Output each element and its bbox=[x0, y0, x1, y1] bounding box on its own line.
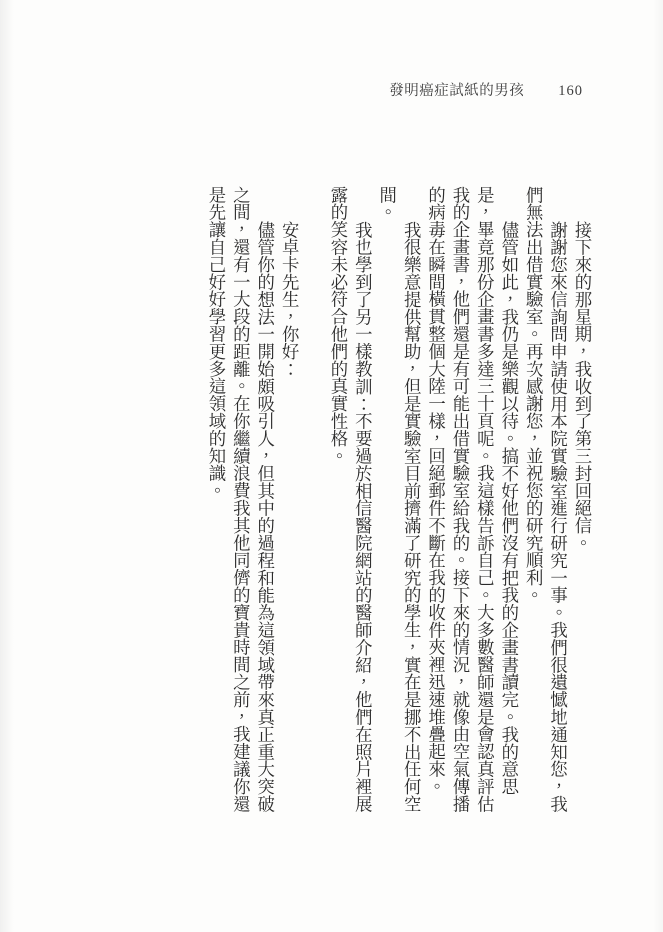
text-column: 我很樂意提供幫助，但是實驗室目前擠滿了研究的學生，實在是挪不出任何空 bbox=[399, 186, 423, 816]
text-column: 是，畢竟那份企畫書多達三十頁呢。我這樣告訴自己。大多數醫師還是會認真評估 bbox=[472, 186, 496, 816]
text-column: 儘管如此，我仍是樂觀以待。搞不好他們沒有把我的企畫書讀完。我的意思 bbox=[496, 186, 520, 816]
paragraph-quoted-letter: 我很樂意提供幫助，但是實驗室目前擠滿了研究的學生，實在是挪不出任何空間。 bbox=[374, 186, 423, 816]
text-column: 安卓卡先生，你好： bbox=[277, 186, 301, 816]
page-number: 160 bbox=[558, 83, 583, 100]
running-head: 發明癌症試紙的男孩 160 bbox=[389, 79, 583, 100]
text-column: 間。 bbox=[374, 186, 398, 816]
text-column: 我也學到了另一樣教訓：不要過於相信醫院網站的醫師介紹，他們在照片裡展 bbox=[350, 186, 374, 816]
text-column: 接下來的那星期，我收到了第三封回絕信。 bbox=[570, 186, 594, 816]
text-column: 儘管你的想法一開始頗吸引人，但其中的過程和能為這領域帶來真正重大突破 bbox=[252, 186, 276, 816]
text-column: 我的企畫書，他們還是有可能出借實驗室給我的。接下來的情況，就像由空氣傳播 bbox=[448, 186, 472, 816]
text-column: 是先讓自己好好學習更多這領域的知識。 bbox=[204, 186, 228, 816]
paragraph-narrative: 儘管如此，我仍是樂觀以待。搞不好他們沒有把我的企畫書讀完。我的意思是，畢竟那份企… bbox=[423, 186, 521, 816]
text-column: 露的笑容未必符合他們的真實性格。 bbox=[326, 186, 350, 816]
paragraph-narrative: 我也學到了另一樣教訓：不要過於相信醫院網站的醫師介紹，他們在照片裡展露的笑容未必… bbox=[326, 186, 375, 816]
paragraph-quoted-letter: 謝謝您來信詢問申請使用本院實驗室進行研究一事。我們很遺憾地通知您，我們無法出借實… bbox=[521, 186, 570, 816]
text-column: 們無法出借實驗室。再次感謝您，並祝您的研究順利。 bbox=[521, 186, 545, 816]
paragraph-quoted-letter: 儘管你的想法一開始頗吸引人，但其中的過程和能為這領域帶來真正重大突破之間，還有一… bbox=[204, 186, 277, 816]
paragraph-quoted-letter: 安卓卡先生，你好： bbox=[277, 186, 301, 816]
text-column: 的病毒在瞬間橫貫整個大陸一樣，回絕郵件不斷在我的收件夾裡迅速堆疊起來。 bbox=[423, 186, 447, 816]
book-page: 發明癌症試紙的男孩 160 接下來的那星期，我收到了第三封回絕信。謝謝您來信詢問… bbox=[0, 0, 663, 932]
vertical-text-body: 接下來的那星期，我收到了第三封回絕信。謝謝您來信詢問申請使用本院實驗室進行研究一… bbox=[204, 186, 594, 816]
book-title: 發明癌症試紙的男孩 bbox=[389, 79, 524, 100]
text-column: 之間，還有一大段的距離。在你繼續浪費我其他同儕的寶貴時間之前，我建議你還 bbox=[228, 186, 252, 816]
paragraph-narrative: 接下來的那星期，我收到了第三封回絕信。 bbox=[570, 186, 594, 816]
paragraph-gap bbox=[301, 186, 325, 816]
text-column: 謝謝您來信詢問申請使用本院實驗室進行研究一事。我們很遺憾地通知您，我 bbox=[545, 186, 569, 816]
